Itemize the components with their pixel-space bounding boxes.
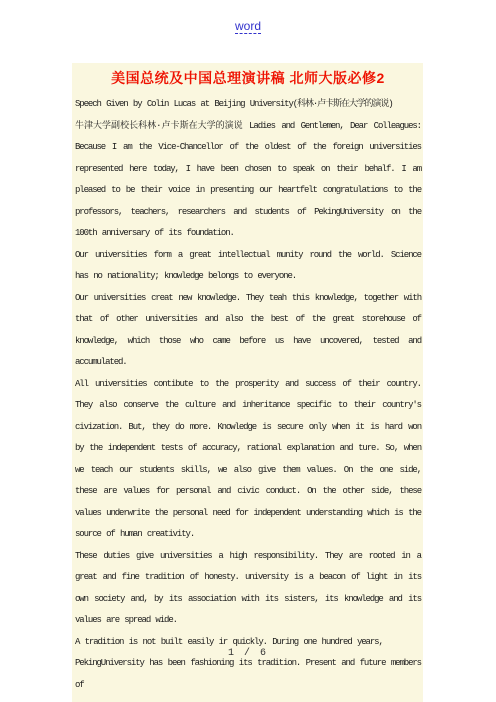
paragraph-tradition-continued: PekingUniversity has been fashioning its…	[75, 653, 421, 696]
top-link-row: word	[0, 0, 496, 35]
word-link[interactable]: word	[235, 19, 261, 34]
document-page: word 美国总统及中国总理演讲稿 北师大版必修2 Speech Given b…	[0, 0, 496, 702]
paragraph-speech-heading: Speech Given by Colin Lucas at Beijing U…	[75, 94, 421, 116]
paragraph-greeting-intro: 牛津大学副校长科林·卢卡斯在大学的演说 Ladies and Gentlemen…	[75, 116, 421, 245]
paragraph-contribute-values: All universities contibute to the prospe…	[75, 374, 421, 546]
paragraph-duties-responsibility: These duties give universities a high re…	[75, 546, 421, 632]
page-indicator: 1 / 6	[0, 648, 496, 659]
paragraph-create-knowledge: Our universities creat new knowledge. Th…	[75, 288, 421, 374]
paragraph-universities-community: Our universities form a great intellectu…	[75, 245, 421, 288]
document-title: 美国总统及中国总理演讲稿 北师大版必修2	[75, 68, 421, 88]
document-content-block: 美国总统及中国总理演讲稿 北师大版必修2 Speech Given by Col…	[72, 63, 423, 702]
